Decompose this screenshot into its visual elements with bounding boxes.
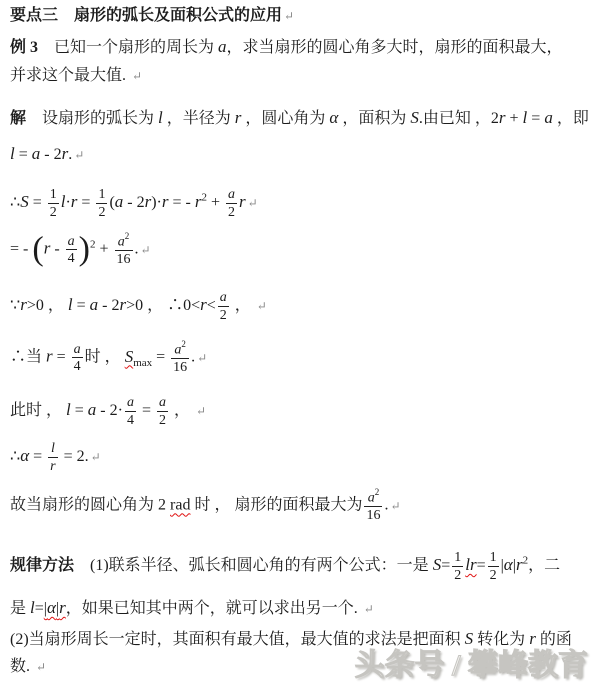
math-variable: S — [20, 192, 29, 211]
fraction-numerator: 1 — [452, 549, 463, 566]
big-parenthesis: ( — [32, 231, 43, 268]
document-line: 此时 ， l = a - 2·a4 = a2 ， ↵ — [10, 394, 206, 429]
paragraph-mark-icon: ↵ — [257, 299, 267, 313]
fraction-numerator: a — [157, 394, 168, 411]
text: 16 — [117, 252, 131, 267]
fraction-denominator: 4 — [72, 357, 83, 375]
fraction: a216 — [364, 488, 382, 524]
bold-text: 例 3 — [10, 39, 38, 56]
fraction-denominator: 2 — [488, 566, 499, 584]
fraction-numerator: a2 — [115, 232, 133, 250]
text: = — [15, 146, 32, 163]
text: 时 ， 扇形的面积最大为 — [190, 497, 362, 514]
document-line: ∵r>0 ， l = a - 2r>0 ， ∴0<r<a2 ， ↵ — [10, 289, 267, 324]
text: - 2 — [40, 146, 61, 163]
text: ，面积为 — [338, 110, 410, 127]
text: < — [207, 297, 216, 314]
paragraph-mark-icon: ↵ — [74, 148, 84, 162]
text: 已知一个扇形的周长为 — [38, 39, 218, 56]
text: = — [73, 297, 90, 314]
paragraph-mark-icon: ↵ — [141, 243, 151, 257]
watermark: 头条号 / 攀峰教育 — [355, 640, 588, 684]
math-variable: a — [32, 144, 41, 163]
math-variable: α — [47, 598, 56, 617]
text: (1)联系半径、弧长和圆心角的有两个公式：一是 — [74, 557, 433, 574]
fraction: a2 — [218, 289, 229, 324]
fraction-numerator: a2 — [171, 340, 189, 358]
fraction-numerator: l — [48, 440, 57, 457]
spellcheck-underline: |α|r — [44, 600, 66, 617]
document-line: = - (r - a4)2 + a216.↵ — [10, 232, 151, 268]
text: 4 — [127, 413, 134, 428]
fraction: lr — [48, 440, 57, 475]
bold-text: 解 — [10, 110, 26, 127]
paragraph-mark-icon: ↵ — [196, 404, 206, 418]
text: )· — [151, 194, 162, 211]
fraction-denominator: 2 — [48, 203, 59, 221]
math-variable: a — [68, 234, 75, 249]
text: = - — [169, 194, 195, 211]
paragraph-mark-icon: ↵ — [284, 9, 294, 23]
math-variable: a — [88, 400, 97, 419]
fraction: a4 — [66, 233, 77, 268]
math-variable: S — [433, 555, 442, 574]
paragraph-mark-icon: ↵ — [364, 602, 374, 616]
document-line: 故当扇形的圆心角为 2 rad 时 ， 扇形的面积最大为a216.↵ — [10, 488, 401, 524]
document-line: 例 3 已知一个扇形的周长为 a，求当扇形的圆心角多大时，扇形的面积最大， — [10, 36, 563, 58]
math-variable: α — [20, 446, 29, 465]
fraction-denominator: 4 — [66, 249, 77, 267]
text: = — [527, 110, 544, 127]
text: ，如果已知其中两个，就可以求出另一个. — [66, 600, 362, 617]
paragraph-mark-icon: ↵ — [390, 499, 400, 513]
math-variable: a — [74, 342, 81, 357]
text: = 2. — [60, 448, 89, 465]
math-variable: r — [162, 192, 169, 211]
bold-text: 规律方法 — [10, 557, 74, 574]
text: = — [29, 448, 46, 465]
math-variable: r — [239, 192, 246, 211]
subscript: max — [133, 357, 152, 369]
text: - 2· — [96, 402, 123, 419]
math-variable: lr — [465, 555, 476, 574]
spellcheck-underline: Smax — [125, 349, 152, 366]
text: = — [138, 402, 155, 419]
paragraph-mark-icon: ↵ — [197, 351, 207, 365]
text: 4 — [74, 359, 81, 374]
math-variable: a — [368, 490, 375, 505]
fraction-denominator: 4 — [125, 411, 136, 429]
document-line: 是 l=|α|r，如果已知其中两个，就可以求出另一个. ↵ — [10, 597, 374, 619]
fraction: a2 — [226, 186, 237, 221]
fraction: a216 — [115, 232, 133, 268]
math-variable: a — [220, 290, 227, 305]
text: ，二 — [528, 557, 560, 574]
text: - — [50, 241, 63, 258]
superscript: 2 — [181, 339, 186, 349]
text: - 2 — [123, 194, 144, 211]
text: 时 ， — [85, 349, 125, 366]
fraction: a4 — [72, 341, 83, 376]
text: = — [29, 194, 46, 211]
text: ，求当扇形的圆心角多大时，扇形的面积最大， — [227, 39, 563, 56]
text: >0 ， — [27, 297, 68, 314]
document-line: ∴α = lr = 2.↵ — [10, 440, 101, 475]
document-line: ∴当 r = a4时 ， Smax = a216.↵ — [10, 340, 207, 376]
fraction-denominator: 2 — [157, 411, 168, 429]
superscript: 2 — [375, 487, 380, 497]
text: 1 — [50, 187, 57, 202]
text: ∴ — [10, 194, 20, 211]
text: 1 — [454, 550, 461, 565]
fraction-numerator: a — [226, 186, 237, 203]
text: = — [71, 402, 88, 419]
fraction-numerator: 1 — [48, 186, 59, 203]
document-line: ∴S = 12l·r = 12(a - 2r)·r = - r2 + a2r↵ — [10, 186, 258, 221]
fraction: 12 — [96, 186, 107, 221]
text: >0 ， ∴0< — [126, 297, 200, 314]
superscript: 2 — [125, 231, 130, 241]
fraction-denominator: 16 — [171, 358, 189, 376]
text: = — [77, 194, 94, 211]
math-variable: r — [46, 347, 53, 366]
text: . — [191, 349, 195, 366]
text: = — [152, 349, 169, 366]
fraction-numerator: a — [218, 289, 229, 306]
math-variable: a — [159, 395, 166, 410]
spellcheck-underline: lr — [465, 557, 476, 574]
fraction-numerator: a2 — [364, 488, 382, 506]
text: . — [384, 497, 388, 514]
fraction-denominator: 16 — [364, 506, 382, 524]
fraction-denominator: 2 — [218, 306, 229, 324]
document-line: 数. ↵ — [10, 657, 46, 677]
big-parenthesis: ) — [79, 231, 90, 268]
fraction-numerator: a — [72, 341, 83, 358]
math-variable: α — [504, 555, 513, 574]
text: = — [441, 557, 450, 574]
text: 是 — [10, 600, 30, 617]
text: ∴当 — [10, 349, 46, 366]
text: ∴ — [10, 448, 20, 465]
fraction-numerator: a — [125, 394, 136, 411]
text: + — [506, 110, 523, 127]
text: 2 — [220, 308, 227, 323]
fraction-denominator: 2 — [452, 566, 463, 584]
math-variable: r — [516, 555, 523, 574]
text: = — [53, 349, 70, 366]
document-line: 解 设扇形的弧长为 l ，半径为 r ，圆心角为 α ，面积为 S.由已知 ，2… — [10, 107, 589, 129]
text: . — [135, 241, 139, 258]
text: 2 — [228, 205, 235, 220]
fraction: 12 — [452, 549, 463, 584]
text: 2 — [159, 413, 166, 428]
document-line: l = a - 2r.↵ — [10, 143, 84, 165]
text: = - — [10, 241, 32, 258]
math-variable: a — [218, 37, 227, 56]
fraction-numerator: 1 — [96, 186, 107, 203]
paragraph-mark-icon: ↵ — [36, 660, 46, 674]
text: ， — [231, 297, 255, 314]
fraction-denominator: r — [48, 457, 57, 475]
fraction: 12 — [488, 549, 499, 584]
fraction: a4 — [125, 394, 136, 429]
text: ，圆心角为 — [241, 110, 329, 127]
text: .由已知 ，2 — [419, 110, 499, 127]
document-line: 并求这个最大值. ↵ — [10, 66, 142, 86]
text: 16 — [173, 360, 187, 375]
text: = — [35, 600, 44, 617]
math-variable: l — [51, 441, 55, 456]
text: ，半径为 — [163, 110, 235, 127]
math-variable: r — [59, 598, 66, 617]
math-variable: r — [200, 295, 207, 314]
fraction-numerator: 1 — [488, 549, 499, 566]
paragraph-mark-icon: ↵ — [91, 450, 101, 464]
math-variable: S — [125, 347, 134, 366]
paragraph-mark-icon: ↵ — [248, 196, 258, 210]
text: ∵ — [10, 297, 20, 314]
math-variable: a — [90, 295, 99, 314]
text: + — [95, 241, 112, 258]
math-variable: r — [499, 108, 506, 127]
math-variable: S — [410, 108, 419, 127]
document-line: 规律方法 (1)联系半径、弧长和圆心角的有两个公式：一是 S=12lr=12|α… — [10, 549, 560, 584]
spellcheck-underline: rad — [170, 497, 190, 514]
math-variable: a — [118, 234, 125, 249]
text: 此时 ， — [10, 402, 66, 419]
fraction-denominator: 2 — [226, 203, 237, 221]
document-page: 要点三 扇形的弧长及面积公式的应用↵例 3 已知一个扇形的周长为 a，求当扇形的… — [0, 0, 596, 686]
text: 2 — [98, 205, 105, 220]
text: = — [477, 557, 486, 574]
text: 2 — [490, 568, 497, 583]
text: 数. — [10, 658, 34, 675]
fraction-numerator: a — [66, 233, 77, 250]
text: 4 — [68, 251, 75, 266]
math-variable: a — [228, 187, 235, 202]
text: ，即 — [553, 110, 589, 127]
fraction: a2 — [157, 394, 168, 429]
text: 设扇形的弧长为 — [26, 110, 158, 127]
text: 16 — [366, 508, 380, 523]
text: rad — [170, 497, 190, 514]
paragraph-mark-icon: ↵ — [132, 69, 142, 83]
document-line: 要点三 扇形的弧长及面积公式的应用↵ — [10, 6, 294, 26]
math-variable: a — [115, 192, 124, 211]
bold-text: 要点三 扇形的弧长及面积公式的应用 — [10, 7, 282, 24]
text: 2 — [454, 568, 461, 583]
fraction-denominator: 16 — [115, 250, 133, 268]
math-variable: r — [50, 459, 55, 474]
math-variable: a — [544, 108, 553, 127]
text: 1 — [98, 187, 105, 202]
text: ， — [170, 402, 194, 419]
text: 故当扇形的圆心角为 2 — [10, 497, 170, 514]
text: + — [207, 194, 224, 211]
text: - 2 — [98, 297, 119, 314]
fraction: 12 — [48, 186, 59, 221]
math-variable: a — [127, 395, 134, 410]
math-variable: r — [20, 295, 27, 314]
fraction-denominator: 2 — [96, 203, 107, 221]
text: 1 — [490, 550, 497, 565]
text: 并求这个最大值. — [10, 67, 130, 84]
fraction: a216 — [171, 340, 189, 376]
text: . — [68, 146, 72, 163]
text: 2 — [50, 205, 57, 220]
